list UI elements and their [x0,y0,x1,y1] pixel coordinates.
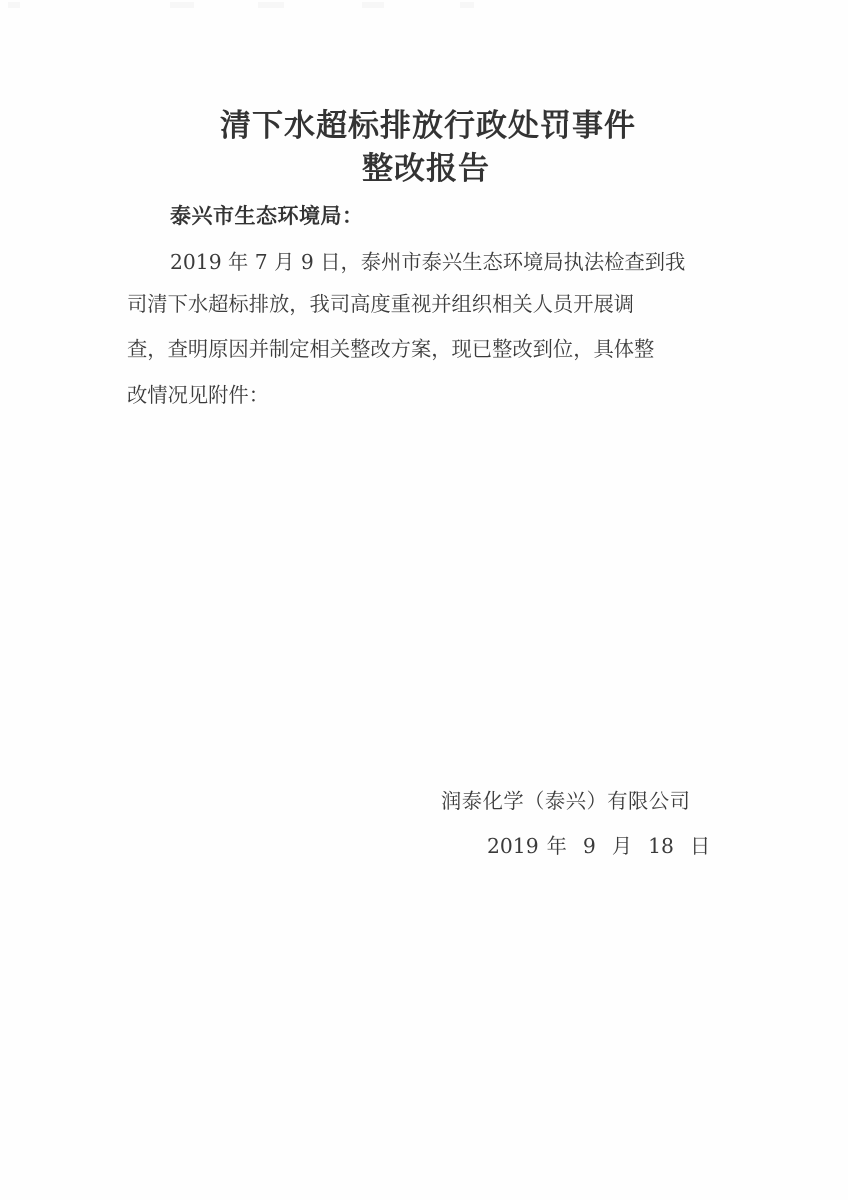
signature-date: 2019年9月18日 [487,831,710,861]
body-line: 改情况见附件： [127,380,727,410]
salutation: 泰兴市生态环境局： [170,201,364,231]
document-page: 清下水超标排放行政处罚事件 整改报告 泰兴市生态环境局： 2019 年 7 月 … [0,0,848,1200]
scan-artifact [460,2,474,8]
body-line: 司清下水超标排放，我司高度重视并组织相关人员开展调 [127,289,727,319]
body-line: 2019 年 7 月 9 日，泰州市泰兴生态环境局执法检查到我 [170,247,770,277]
document-title-line-1: 清下水超标排放行政处罚事件 [4,106,848,146]
date-year: 2019 [487,834,539,858]
date-month: 9 [583,834,596,858]
document-title-line-2: 整改报告 [2,149,848,189]
company-name: 润泰化学（泰兴）有限公司 [441,786,690,816]
scan-artifact [258,2,284,8]
body-line: 查，查明原因并制定相关整改方案，现已整改到位，具体整 [127,334,727,364]
date-year-label: 年 [547,834,567,858]
scan-artifact [8,2,20,8]
date-day-label: 日 [690,834,710,858]
scan-artifact [170,2,194,8]
date-month-label: 月 [612,834,632,858]
date-day: 18 [648,834,674,858]
scan-artifact [362,2,384,8]
